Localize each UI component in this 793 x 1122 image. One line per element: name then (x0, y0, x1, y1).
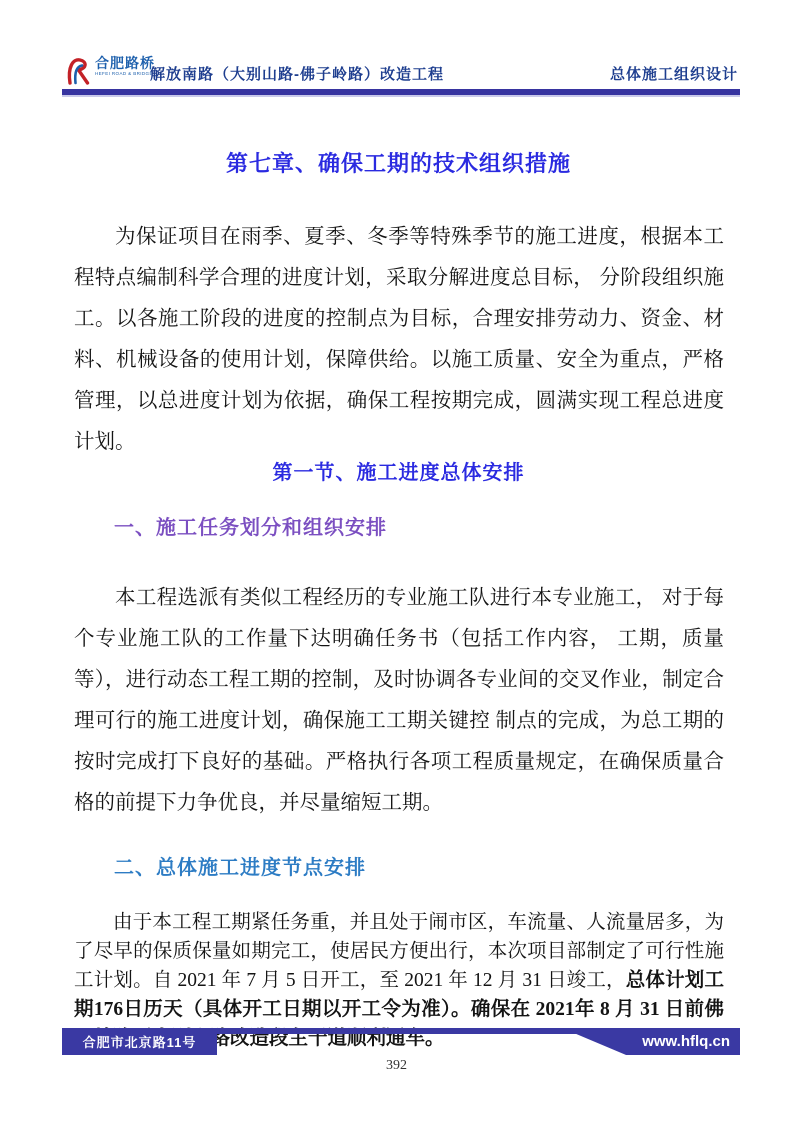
chapter-title: 第七章、确保工期的技术组织措施 (74, 147, 723, 178)
logo-subtitle: HEFEI ROAD & BRIDGE (95, 72, 155, 77)
subsection-title-2: 二、总体施工进度节点安排 (74, 851, 723, 880)
logo-text: 合肥路桥 HEFEI ROAD & BRIDGE (95, 56, 155, 77)
header-rule (62, 89, 740, 97)
page-footer: 合肥市北京路11号 www.hflq.cn (62, 1028, 740, 1055)
page-number: 392 (0, 1058, 793, 1074)
section-title: 第一节、施工进度总体安排 (74, 456, 723, 485)
paragraph-intro: 为保证项目在雨季、夏季、冬季等特殊季节的施工进度，根据本工程特点编制科学合理的进… (74, 217, 724, 463)
logo-name: 合肥路桥 (95, 56, 155, 70)
footer-website: www.hflq.cn (562, 1028, 740, 1055)
footer-address: 合肥市北京路11号 (62, 1028, 217, 1055)
header-project-title: 解放南路（大别山路-佛子岭路）改造工程 (150, 63, 444, 84)
document-page: 合肥路桥 HEFEI ROAD & BRIDGE 解放南路（大别山路-佛子岭路）… (0, 0, 793, 1122)
company-logo: 合肥路桥 HEFEI ROAD & BRIDGE (66, 56, 155, 86)
logo-r-icon (66, 56, 92, 86)
paragraph-task-division: 本工程选派有类似工程经历的专业施工队进行本专业施工， 对于每个专业施工队的工作量… (74, 578, 724, 824)
subsection-title-1: 一、施工任务划分和组织安排 (74, 511, 723, 540)
header-doc-title: 总体施工组织设计 (610, 63, 738, 84)
